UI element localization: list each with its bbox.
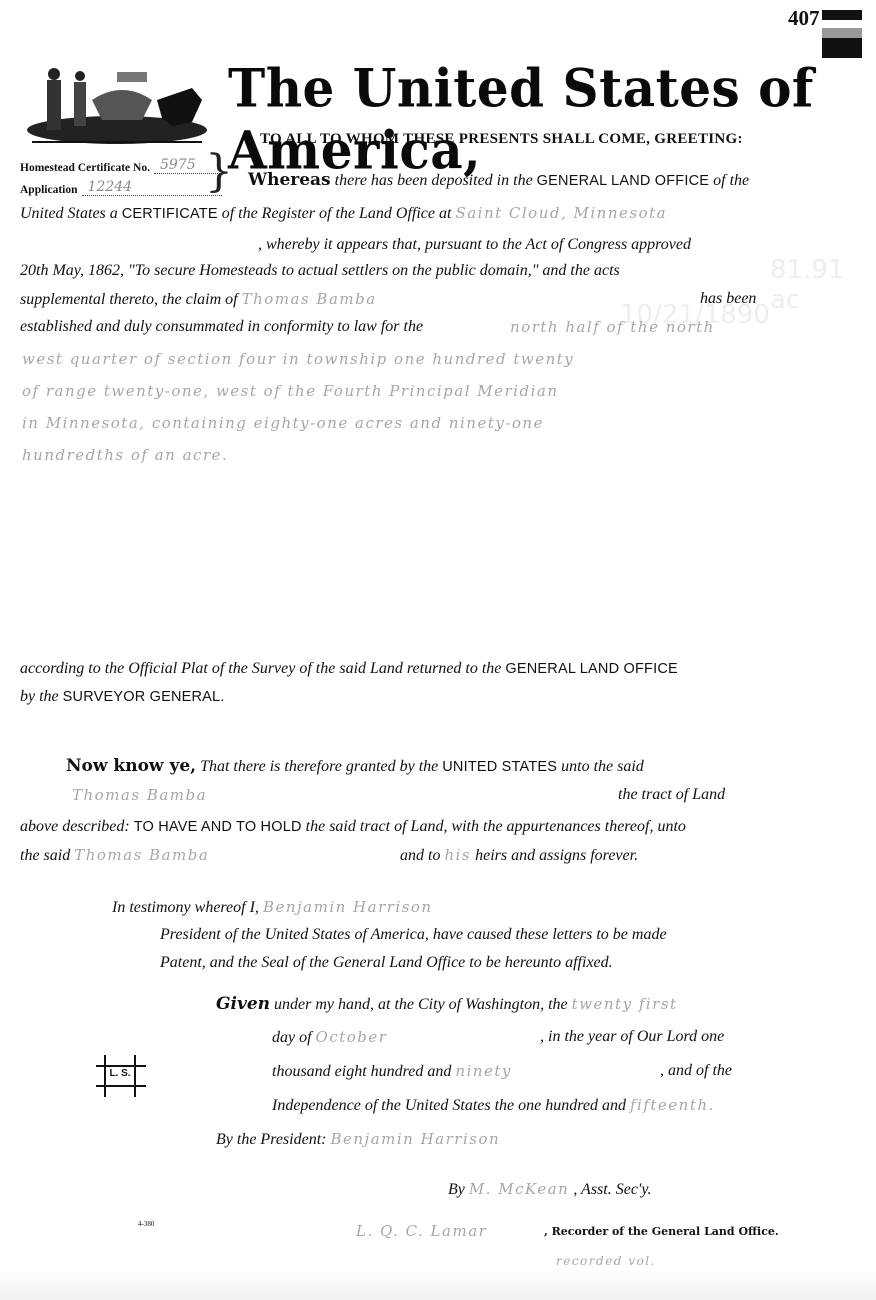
form-number: 4-380 — [138, 1220, 154, 1228]
text: day of — [272, 1029, 312, 1046]
given-line-1: Given under my hand, at the City of Wash… — [216, 994, 678, 1014]
seal-label: L. S. — [107, 1068, 133, 1079]
document-title: The United States of America, — [228, 57, 876, 181]
text-caps: CERTIFICATE — [122, 206, 218, 222]
text: under my hand, at the City of Washington… — [274, 996, 568, 1013]
text: That there is therefore granted by the — [200, 758, 438, 775]
whereas-line-2: United States a CERTIFICATE of the Regis… — [20, 204, 667, 223]
president-name: Benjamin Harrison — [263, 898, 433, 916]
claimant-name: Thomas Bamba — [242, 290, 377, 308]
greeting-line: TO ALL TO WHOM THESE PRESENTS SHALL COME… — [260, 131, 743, 148]
given-line-3-end: , and of the — [660, 1062, 732, 1080]
by-secretary-line: By M. McKean , Asst. Sec'y. — [448, 1180, 652, 1199]
land-description-line-0: north half of the north — [510, 318, 715, 336]
land-description-line-2: of range twenty-one, west of the Fourth … — [22, 382, 559, 400]
corner-stamp-mark — [822, 10, 862, 58]
land-office-location: Saint Cloud, Minnesota — [455, 204, 667, 222]
whereas-line-4: 20th May, 1862, "To secure Homesteads to… — [20, 262, 620, 280]
text: above described: — [20, 818, 130, 835]
given-month: October — [316, 1028, 388, 1046]
secretary-signature: M. McKean — [469, 1180, 569, 1198]
text-caps: SURVEYOR GENERAL. — [63, 689, 225, 705]
homestead-vignette-illustration — [22, 60, 212, 152]
text-caps: UNITED STATES — [442, 759, 557, 775]
whereas-line-3: , whereby it appears that, pursuant to t… — [258, 236, 691, 254]
text: , Asst. Sec'y. — [573, 1181, 651, 1198]
tract-of-land-text: the tract of Land — [618, 786, 725, 804]
now-know-ye: Now know ye, — [66, 756, 196, 776]
text: By — [448, 1181, 465, 1198]
whereas-line-6: established and duly consummated in conf… — [20, 318, 423, 336]
text: heirs and assigns forever. — [475, 847, 638, 864]
whereas-word: Whereas — [248, 170, 331, 190]
text-caps: GENERAL LAND OFFICE — [505, 661, 677, 677]
text: there has been deposited in the — [335, 172, 533, 189]
application-label: Application — [20, 184, 78, 196]
given-line-2: day of October — [272, 1028, 387, 1047]
independence-year: fifteenth. — [630, 1096, 715, 1114]
text: In testimony whereof I, — [112, 899, 259, 916]
recorder-note: recorded vol. — [556, 1254, 656, 1268]
text-caps: GENERAL LAND OFFICE — [537, 173, 709, 189]
text: United States a — [20, 205, 118, 222]
scan-edge-shadow — [0, 1270, 876, 1300]
land-description-line-4: hundredths of an acre. — [22, 446, 228, 464]
recorder-title: , Recorder of the General Land Office. — [544, 1225, 779, 1238]
testimony-line-1: In testimony whereof I, Benjamin Harriso… — [112, 898, 433, 917]
text: of the Register of the Land Office at — [222, 205, 452, 222]
given-word: Given — [216, 994, 270, 1014]
text-caps: TO HAVE AND TO HOLD — [134, 819, 302, 835]
given-line-2-end: , in the year of Our Lord one — [540, 1028, 724, 1046]
recorder-signature: L. Q. C. Lamar — [356, 1222, 487, 1240]
land-description-line-3: in Minnesota, containing eighty-one acre… — [22, 414, 544, 432]
testimony-line-3: Patent, and the Seal of the General Land… — [160, 954, 613, 972]
grant-line-3: above described: TO HAVE AND TO HOLD the… — [20, 818, 686, 836]
given-line-4: Independence of the United States the on… — [272, 1096, 715, 1115]
text: by the — [20, 688, 59, 705]
survey-line-1: according to the Official Plat of the Su… — [20, 660, 678, 678]
has-been-text: has been — [700, 290, 756, 308]
land-description-line-1: west quarter of section four in township… — [22, 350, 574, 368]
text: the said — [20, 847, 70, 864]
president-signature: Benjamin Harrison — [330, 1130, 500, 1148]
certificate-info: Homestead Certificate No. 5975 Applicati… — [20, 152, 230, 196]
text: of the — [713, 172, 749, 189]
given-line-3: thousand eight hundred and ninety — [272, 1062, 512, 1081]
text: By the President: — [216, 1131, 326, 1148]
application-number: 12244 — [82, 179, 222, 196]
survey-line-2: by the SURVEYOR GENERAL. — [20, 688, 225, 706]
text: the said tract of Land, with the appurte… — [306, 818, 686, 835]
page-number: 407 — [788, 6, 820, 31]
given-day: twenty first — [572, 995, 678, 1013]
by-the-president-line: By the President: Benjamin Harrison — [216, 1130, 500, 1149]
background-acreage-stamp: 81.91 ac — [770, 255, 876, 315]
seal-placeholder: L. S. — [96, 1055, 146, 1097]
homestead-certificate-label: Homestead Certificate No. — [20, 162, 150, 174]
given-year: ninety — [455, 1062, 512, 1080]
text: unto the said — [561, 758, 644, 775]
text: according to the Official Plat of the Su… — [20, 660, 501, 677]
heirs-line: and to his heirs and assigns forever. — [400, 846, 638, 865]
testimony-line-2: President of the United States of Americ… — [160, 926, 667, 944]
grantee-name: Thomas Bamba — [72, 786, 207, 804]
text: thousand eight hundred and — [272, 1063, 451, 1080]
whereas-line-1: Whereas there has been deposited in the … — [248, 170, 749, 190]
grantee-name-2: Thomas Bamba — [74, 846, 209, 864]
whereas-line-5: supplemental thereto, the claim of Thoma… — [20, 290, 377, 309]
text: supplemental thereto, the claim of — [20, 291, 238, 308]
text: Independence of the United States the on… — [272, 1097, 626, 1114]
heirs-pronoun: his — [444, 846, 471, 864]
grant-line-1: Now know ye, That there is therefore gra… — [66, 756, 644, 776]
grant-line-4: the said Thomas Bamba — [20, 846, 209, 865]
text: and to — [400, 847, 440, 864]
certificate-brace: } — [205, 150, 233, 194]
